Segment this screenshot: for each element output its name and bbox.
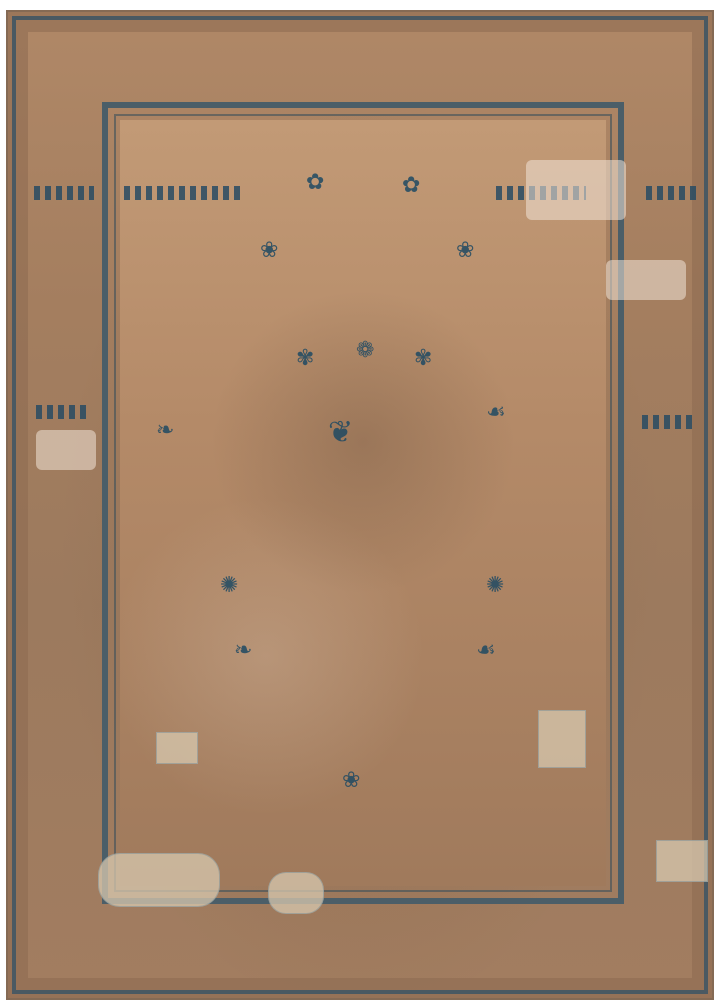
repair-patch xyxy=(98,853,220,907)
repair-patch xyxy=(268,872,324,914)
border-indigo-band xyxy=(646,186,696,200)
inner-guard-thin-stripe xyxy=(114,114,612,892)
flower-motif-icon: ✺ xyxy=(486,575,504,597)
rug: ❦ ✿ ✿ ❀ ❀ ✾ ✾ ❁ ❧ ☙ ✺ ✺ ❧ ☙ ❀ xyxy=(6,10,714,1000)
border-indigo-band xyxy=(34,186,94,200)
flower-motif-icon: ✾ xyxy=(296,348,314,370)
vine-motif-icon: ❧ xyxy=(156,420,174,442)
vine-motif-icon: ❧ xyxy=(234,640,252,662)
repair-patch xyxy=(156,732,198,764)
faded-wear-patch xyxy=(36,430,96,470)
flower-motif-icon: ✺ xyxy=(220,575,238,597)
faded-wear-patch xyxy=(606,260,686,300)
faded-wear-patch xyxy=(526,160,626,220)
vine-motif-icon: ☙ xyxy=(476,640,496,662)
central-medallion-icon: ❦ xyxy=(328,418,353,448)
border-indigo-band xyxy=(36,405,86,419)
flower-motif-icon: ❀ xyxy=(260,240,278,262)
vine-motif-icon: ☙ xyxy=(486,402,506,424)
flower-motif-icon: ✿ xyxy=(402,175,420,197)
repair-patch xyxy=(656,840,708,882)
flower-motif-icon: ❀ xyxy=(456,240,474,262)
flower-motif-icon: ✾ xyxy=(414,348,432,370)
border-indigo-band xyxy=(642,415,697,429)
field-indigo-band xyxy=(124,186,244,200)
flower-motif-icon: ✿ xyxy=(306,172,324,194)
repair-patch xyxy=(538,710,586,768)
flower-motif-icon: ❁ xyxy=(356,340,374,362)
flower-motif-icon: ❀ xyxy=(342,770,360,792)
